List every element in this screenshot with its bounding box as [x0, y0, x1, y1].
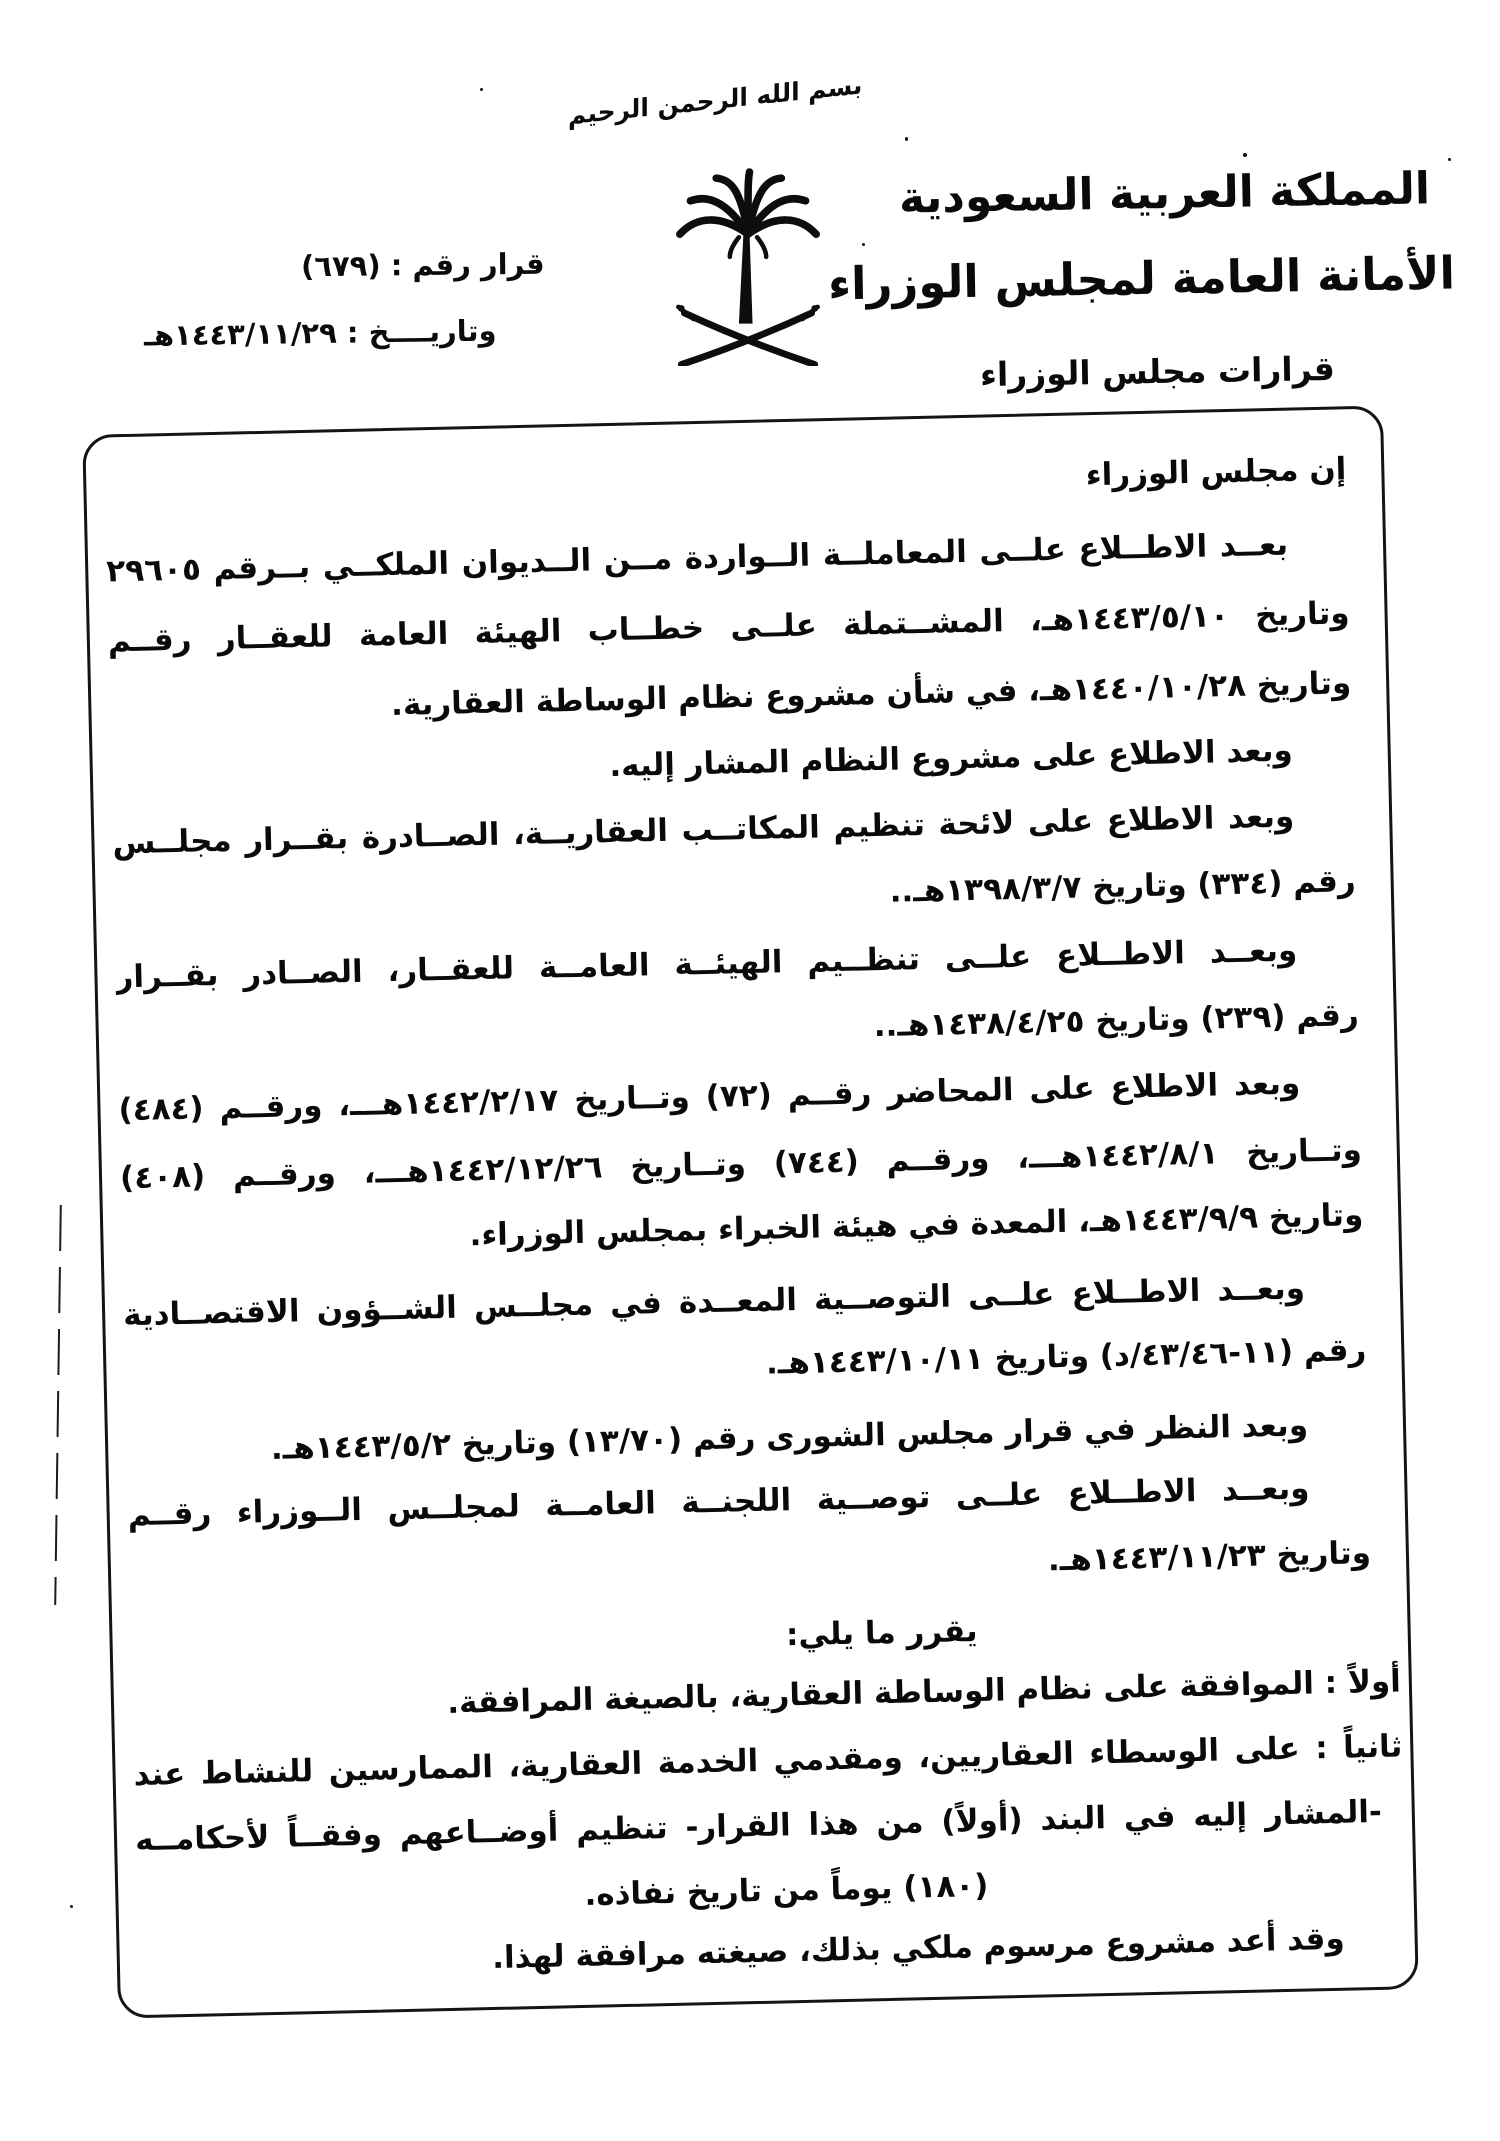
body-line: وبعــد الاطــلاع علــى التوصــية المعــد…	[123, 1266, 1306, 1341]
body-line: أولاً : الموافقة على نظام الوساطة العقار…	[447, 1659, 1402, 1725]
body-line: وبعــد الاطــلاع علــى تنظــيم الهيئــة …	[115, 929, 1298, 1004]
body-line: وقد أعد مشروع مرسوم ملكي بذلك، صيغته مرا…	[492, 1917, 1345, 1980]
body-line: وتاريخ ١٤٤٣/١١/٢٣هـ.	[1047, 1531, 1371, 1582]
body-line: وتاريخ ١٤٤٣/٩/٩هـ، المعدة في هيئة الخبرا…	[469, 1193, 1364, 1257]
body-line: إن مجلس الوزراء	[1085, 447, 1346, 497]
body-line: وتاريخ ١٤٤٠/١٠/٢٨هـ، في شأن مشروع نظام ا…	[391, 661, 1352, 727]
scan-edge-artifact	[54, 1205, 62, 1605]
body-line: -المشار إليه في البند (أولاً) من هذا الق…	[135, 1790, 1383, 1866]
scanned-decision-document: بسم الله الرحمن الرحيم	[0, 0, 1500, 2141]
body-line: رقم (١١-٤٣/٤٦/د) وتاريخ ١٤٤٣/١٠/١١هـ.	[766, 1328, 1367, 1386]
body-line: بعــد الاطــلاع علــى المعاملــة الــوار…	[106, 523, 1289, 594]
body-line: وتــاريخ ١٤٤٢/٨/١هـــ، ورقــم (٧٤٤) وتــ…	[120, 1128, 1363, 1200]
body-line: وبعــد الاطــلاع علــى توصــية اللجنــة …	[127, 1466, 1310, 1541]
decision-date: وتاريــــخ : ١٤٤٣/١١/٢٩هـ	[144, 314, 497, 353]
body-line: ثانياً : على الوسطاء العقاريين، ومقدمي ا…	[133, 1724, 1403, 1801]
body-line: رقم (٣٣٤) وتاريخ ١٣٩٨/٣/٧هـ..	[889, 859, 1356, 914]
body-line: يقرر ما يلي:	[786, 1609, 979, 1657]
body-line: وبعد الاطلاع على مشروع النظام المشار إلي…	[609, 729, 1293, 788]
body-line: وبعد النظر في قرار مجلس الشورى رقم (١٣/٧…	[270, 1403, 1308, 1471]
letterhead-secretariat: الأمانة العامة لمجلس الوزراء	[828, 247, 1456, 311]
body-line: (١٨٠) يوماً من تاريخ نفاذه.	[584, 1864, 989, 1917]
decision-number: قرار رقم : (٦٧٩)	[301, 247, 545, 284]
decision-body-text: إن مجلس الوزراءبعــد الاطــلاع علــى الم…	[85, 409, 1380, 438]
saudi-emblem-icon	[672, 166, 824, 370]
body-line: وبعد الاطلاع على المحاضر رقــم (٧٢) وتــ…	[118, 1062, 1301, 1133]
body-line: رقم (٢٣٩) وتاريخ ١٤٣٨/٤/٢٥هـ..	[873, 993, 1359, 1048]
letterhead-decisions-title: قرارات مجلس الوزراء	[980, 349, 1335, 394]
letterhead-kingdom: المملكة العربية السعودية	[899, 163, 1431, 223]
decision-body-frame: إن مجلس الوزراءبعــد الاطــلاع علــى الم…	[82, 405, 1419, 2018]
body-line: وبعد الاطلاع على لائحة تنظيم المكاتــب ا…	[112, 795, 1295, 870]
body-line: وتاريخ ١٤٤٣/٥/١٠هـ، المشــتملة علــى خطـ…	[107, 591, 1350, 667]
bismillah-calligraphy: بسم الله الرحمن الرحيم	[639, 72, 863, 122]
